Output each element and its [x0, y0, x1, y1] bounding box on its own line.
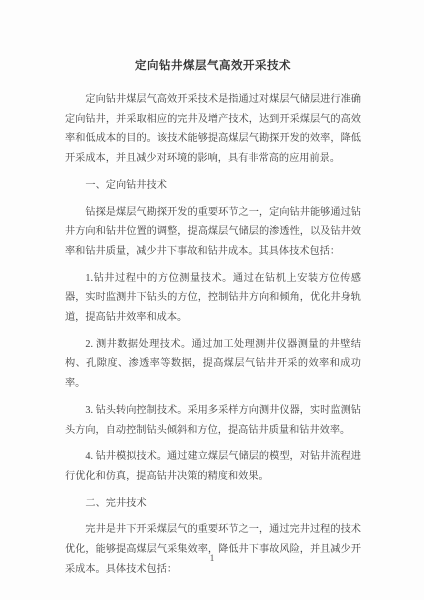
list-item-1-azimuth-measurement: 1.钻井过程中的方位测量技术。通过在钻机上安装方位传感器，实时监测井下钻头的方位…	[65, 269, 361, 328]
document-title: 定向钻井煤层气高效开采技术	[65, 58, 361, 74]
section-heading-directional-drilling: 一、定向钻井技术	[65, 176, 361, 196]
paragraph-section2-intro: 完井是井下开采煤层气的重要环节之一，通过完井过程的技术优化，能够提高煤层气采集效…	[65, 520, 361, 579]
document-page: 定向钻井煤层气高效开采技术 定向钻井煤层气高效开采技术是指通过对煤层气储层进行准…	[0, 0, 424, 600]
section-heading-well-completion: 二、完井技术	[65, 494, 361, 514]
list-item-4-drilling-simulation: 4. 钻井模拟技术。通过建立煤层气储层的模型，对钻井流程进行优化和仿真，提高钻井…	[65, 447, 361, 486]
list-item-3-bit-steering-control: 3. 钻头转向控制技术。采用多采样方向测井仪器，实时监测钻头方向，自动控制钻头倾…	[65, 401, 361, 440]
page-number: 1	[0, 553, 424, 565]
document-content: 定向钻井煤层气高效开采技术 定向钻井煤层气高效开采技术是指通过对煤层气储层进行准…	[0, 0, 424, 579]
paragraph-intro: 定向钻井煤层气高效开采技术是指通过对煤层气储层进行准确定向钻井，并采取相应的完井…	[65, 90, 361, 169]
paragraph-section1-intro: 钻探是煤层气勘探开发的重要环节之一，定向钻井能够通过钻井方向和钻井位置的调整，提…	[65, 203, 361, 262]
list-item-2-logging-data-processing: 2. 测井数据处理技术。通过加工处理测井仪器测量的井壁结构、孔隙度、渗透率等数据…	[65, 335, 361, 394]
